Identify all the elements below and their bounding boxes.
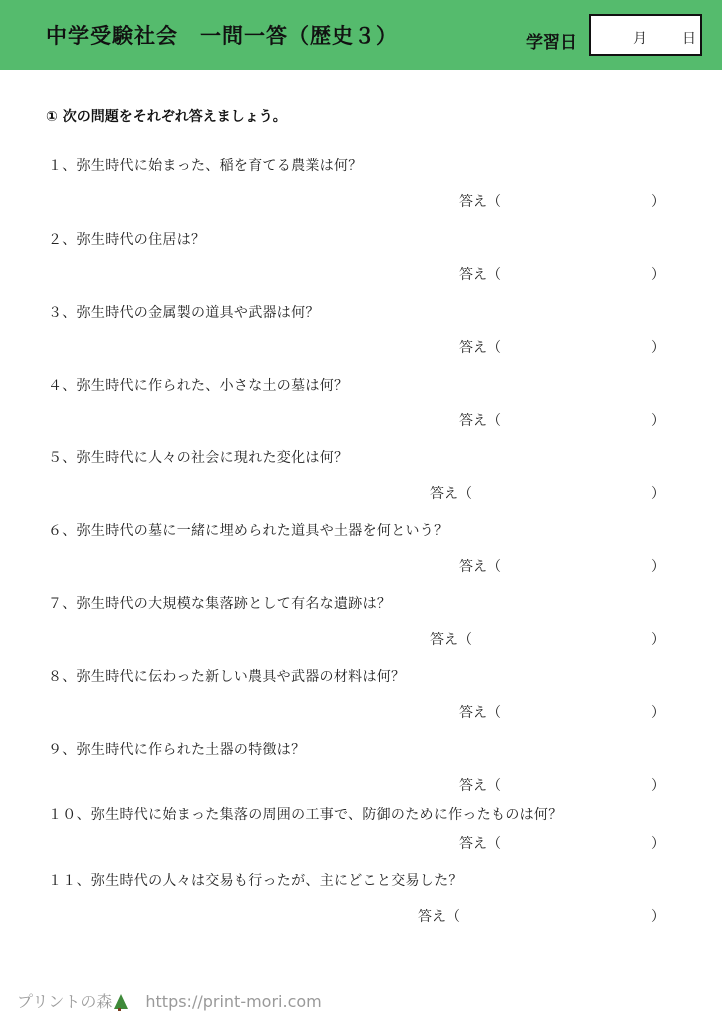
answer-2-close: ） (651, 264, 665, 284)
answer-3-label: 答え（ (459, 337, 501, 357)
answer-1-field[interactable] (505, 186, 645, 210)
answer-6-close: ） (651, 556, 665, 576)
answer-9-close: ） (651, 775, 665, 795)
answer-5-close: ） (651, 483, 665, 503)
answer-2-label: 答え（ (459, 264, 501, 284)
answer-4-close: ） (651, 410, 665, 430)
question-9: ９、弥生時代に作られた土器の特徴は？ (48, 739, 305, 759)
footer: プリントの森https://print-mori.com (17, 989, 322, 1012)
answer-11-label: 答え（ (418, 906, 460, 926)
footer-brand: プリントの森 (17, 992, 112, 1011)
instruction: ① 次の問題をそれぞれ答えましょう。 (46, 106, 287, 126)
answer-9-field[interactable] (505, 770, 645, 794)
answer-10-label: 答え（ (459, 833, 501, 853)
answer-7-label: 答え（ (430, 629, 472, 649)
answer-3-close: ） (651, 337, 665, 357)
answer-1-close: ） (651, 191, 665, 211)
answer-7-close: ） (651, 629, 665, 649)
answer-10-field[interactable] (505, 828, 645, 852)
answer-3-field[interactable] (505, 332, 645, 356)
question-5: ５、弥生時代に人々の社会に現れた変化は何？ (48, 447, 348, 467)
footer-url-link[interactable]: https://print-mori.com (145, 992, 321, 1011)
answer-8-label: 答え（ (459, 702, 501, 722)
answer-7-field[interactable] (476, 624, 646, 648)
page-title: 中学受験社会 一問一答（歴史３） (46, 20, 398, 50)
answer-11-close: ） (651, 906, 665, 926)
answer-11-field[interactable] (464, 901, 646, 925)
answer-5-field[interactable] (476, 478, 646, 502)
question-4: ４、弥生時代に作られた、小さな土の墓は何？ (48, 375, 348, 395)
question-8: ８、弥生時代に伝わった新しい農具や武器の材料は何？ (48, 666, 405, 686)
tree-icon (114, 994, 128, 1009)
answer-8-field[interactable] (505, 697, 645, 721)
answer-6-field[interactable] (505, 551, 645, 575)
answer-10-close: ） (651, 833, 665, 853)
question-7: ７、弥生時代の大規模な集落跡として有名な遺跡は？ (48, 593, 391, 613)
answer-5-label: 答え（ (430, 483, 472, 503)
question-2: ２、弥生時代の住居は？ (48, 229, 205, 249)
question-11: １１、弥生時代の人々は交易も行ったが、主にどこと交易した？ (48, 870, 463, 890)
answer-9-label: 答え（ (459, 775, 501, 795)
answer-4-field[interactable] (505, 405, 645, 429)
header-bar: 中学受験社会 一問一答（歴史３） 学習日 月 日 (0, 0, 722, 70)
study-date-field[interactable]: 月 日 (589, 14, 702, 56)
study-date-label: 学習日 (526, 28, 577, 53)
question-3: ３、弥生時代の金属製の道具や武器は何？ (48, 302, 320, 322)
tree-trunk-icon (118, 1008, 121, 1011)
answer-6-label: 答え（ (459, 556, 501, 576)
question-6: ６、弥生時代の墓に一緒に埋められた道具や土器を何という？ (48, 520, 448, 540)
question-1: １、弥生時代に始まった、稲を育てる農業は何？ (48, 155, 363, 175)
answer-8-close: ） (651, 702, 665, 722)
month-label: 月 (633, 28, 647, 48)
answer-4-label: 答え（ (459, 410, 501, 430)
question-10: １０、弥生時代に始まった集落の周囲の工事で、防御のために作ったものは何？ (48, 804, 563, 824)
answer-1-label: 答え（ (459, 191, 501, 211)
day-label: 日 (682, 28, 696, 48)
answer-2-field[interactable] (505, 259, 645, 283)
